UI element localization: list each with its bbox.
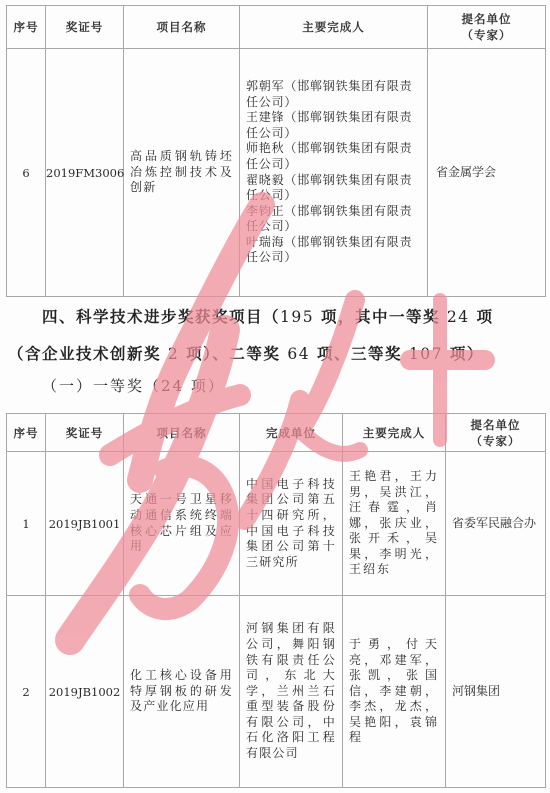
person-entry: 郭朝军（邯郸钢铁集团有限责任公司） [246, 79, 421, 110]
header-index: 序号 [7, 6, 46, 49]
row-nominator: 省金属学会 [428, 49, 546, 297]
header-nominator: 提名单位 （专家） [428, 6, 546, 49]
heading-text: 项、三等奖 [310, 345, 409, 363]
header-nominator-line2: （专家） [428, 27, 545, 43]
heading-text: 项 [470, 308, 494, 326]
heading-text: （含企业技术创新奖 [8, 345, 168, 363]
row-index: 6 [7, 49, 46, 297]
row-project: 高品质钢轨铸坯冶炼控制技术及创新 [124, 49, 240, 297]
row-nominator: 河钢集团 [446, 596, 546, 788]
count-innovation: 2 [168, 345, 179, 363]
count-third: 107 [409, 345, 443, 363]
row-nominator: 省委军民融合办 [446, 452, 546, 596]
header-project: 项目名称 [124, 414, 240, 452]
header-nominator-line1: 提名单位 [428, 11, 545, 27]
table-row: 1 2019JB1001 天通一号卫星移动通信系统终端核心芯片组及应用 中国电子… [7, 452, 546, 596]
row-cert-no: 2019JB1001 [46, 452, 124, 596]
heading-text: 项） [443, 345, 484, 363]
heading-text: 项）、二等奖 [179, 345, 287, 363]
person-entry: 翟晓毅（邯郸钢铁集团有限责任公司） [246, 173, 421, 204]
row-people: 王艳君，王力男，吴洪江，汪春霆，肖娜，张庆业，张开禾，吴果，李明光，王绍东 [343, 452, 446, 596]
section-heading-line2: （含企业技术创新奖 2 项）、二等奖 64 项、三等奖 107 项） [8, 342, 550, 364]
header-nominator: 提名单位 （专家） [446, 414, 546, 452]
header-cert-no: 奖证号 [46, 414, 124, 452]
header-cert-no: 奖证号 [46, 6, 124, 49]
table-row: 2 2019JB1002 化工核心设备用特厚钢板的研发及产业化应用 河钢集团有限… [7, 596, 546, 788]
row-people: 于勇，付天亮，邓建军，张凯，张国信，李建朝，李杰，龙杰，吴艳阳，袁锦程 [343, 596, 446, 788]
row-cert-no: 2019JB1002 [46, 596, 124, 788]
row-people: 郭朝军（邯郸钢铁集团有限责任公司） 王建锋（邯郸钢铁集团有限责任公司） 师艳秋（… [240, 49, 428, 297]
header-index: 序号 [7, 414, 46, 452]
row-project: 化工核心设备用特厚钢板的研发及产业化应用 [124, 596, 240, 788]
count-first: 24 [447, 308, 470, 326]
count-total: 195 [280, 308, 314, 326]
header-people: 主要完成人 [343, 414, 446, 452]
header-people: 主要完成人 [240, 6, 428, 49]
header-nominator-line1: 提名单位 [446, 417, 545, 433]
subsection-heading: （一）一等奖（24 项） [42, 375, 550, 396]
table-header-row: 序号 奖证号 项目名称 主要完成人 提名单位 （专家） [7, 6, 546, 49]
row-unit: 河钢集团有限公司，舞阳钢铁有限责任公司，东北大学，兰州兰石重型装备股份有限公司，… [240, 596, 343, 788]
person-entry: 王建锋（邯郸钢铁集团有限责任公司） [246, 110, 421, 141]
row-index: 1 [7, 452, 46, 596]
table-row: 6 2019FM3006 高品质钢轨铸坯冶炼控制技术及创新 郭朝军（邯郸钢铁集团… [7, 49, 546, 297]
table-header-row: 序号 奖证号 项目名称 完成单位 主要完成人 提名单位 （专家） [7, 414, 546, 452]
header-unit: 完成单位 [240, 414, 343, 452]
person-entry: 李钧正（邯郸钢铁集团有限责任公司） [246, 204, 421, 235]
person-entry: 叶瑞海（邯郸钢铁集团有限责任公司） [246, 235, 421, 266]
award-table-first-class-invention-continued: 序号 奖证号 项目名称 主要完成人 提名单位 （专家） 6 2019FM3006… [6, 5, 546, 297]
row-project: 天通一号卫星移动通信系统终端核心芯片组及应用 [124, 452, 240, 596]
row-unit: 中国电子科技集团公司第五十四研究所，中国电子科技集团公司第十三研究所 [240, 452, 343, 596]
award-table-sci-tech-progress-first-class: 序号 奖证号 项目名称 完成单位 主要完成人 提名单位 （专家） 1 2019J… [6, 413, 546, 788]
row-cert-no: 2019FM3006 [46, 49, 124, 297]
heading-text: 项，其中一等奖 [314, 308, 447, 326]
heading-text: 四、科学技术进步奖获奖项目（ [42, 308, 280, 326]
section-heading-line1: 四、科学技术进步奖获奖项目（195 项，其中一等奖 24 项 [42, 305, 550, 327]
header-nominator-line2: （专家） [446, 433, 545, 449]
header-project: 项目名称 [124, 6, 240, 49]
count-second: 64 [287, 345, 310, 363]
person-entry: 师艳秋（邯郸钢铁集团有限责任公司） [246, 141, 421, 172]
row-index: 2 [7, 596, 46, 788]
